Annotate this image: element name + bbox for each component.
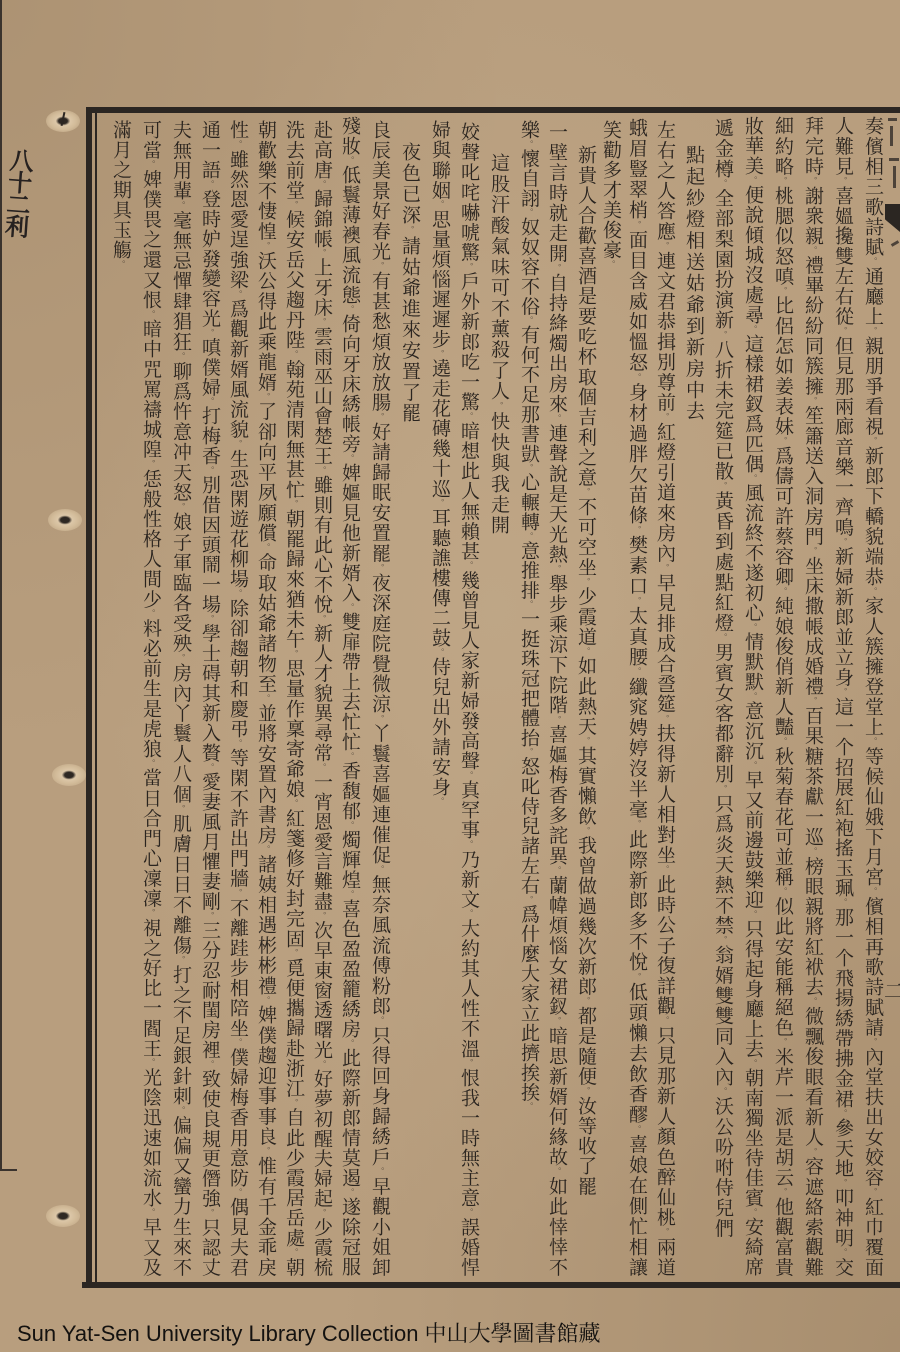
text-column: 洗去前堂。候安岳父趨丹陛。翰苑清閑無甚忙。朝罷歸來猶未午。思量作稟寄爺娘。紅箋修… <box>282 120 306 1276</box>
caption-chinese: 中山大學圖書館藏 <box>424 1321 600 1346</box>
text-column: 人難見。喜媼攙雙左右從。但見那兩廊音樂一齊鳴。新婦新郎並立身。這一个招展紅袍搖玉… <box>831 116 855 1276</box>
banxin-glyph-fragment <box>889 158 899 161</box>
text-column: 性。雖然恩愛逞強梁。爲觀新婿風流貌。生恐閑遊花柳場。除卻趨朝和慶弔。等閑不許出門… <box>226 120 250 1276</box>
page-border-left <box>86 107 92 1288</box>
text-column: 拜完時。謝衆親。禮畢紛紛同簇擁。笙簫送入洞房門。坐床撒帳成婚禮。百果糖茶獻一巡。… <box>801 116 825 1276</box>
binding-hole <box>48 509 82 531</box>
page-border-bottom <box>82 1282 900 1288</box>
binding-hole <box>46 1205 80 1227</box>
banxin-glyph-fragment <box>891 240 899 247</box>
page-border-left-inner <box>95 113 97 1282</box>
text-column: 姣聲叱咤嚇唬驚。戶外新郎吃一驚。暗想此人無賴甚。幾曾見人家新婦發高聲。真罕事。乃… <box>457 122 481 1276</box>
text-column: 遞金樽。全部梨園扮演新。八折未完筵已散。黃昏到處點紅燈。男賓女客都辭別。只爲炎天… <box>711 118 735 1237</box>
text-column: 可當。婢僕畏之還又恨。暗中咒罵禱城隍。恁般性格人間少。料必前生是虎狼。當日合門心… <box>139 120 163 1276</box>
text-column: 笑勸多才美俊豪。 <box>599 120 623 268</box>
text-column: 朝歡樂不悽惶。沃公得此乘龍婿。了卻向平夙願償。命取姑爺諸物至。並將安置內書房。諸… <box>254 120 278 1276</box>
text-column: 蛾眉豎翠梢。面目含威如慍怒。身材過胖欠苗條。樊素口。太真腰。纖窕娉婷沒半毫。此際… <box>625 118 649 1276</box>
banxin-glyph-fragment <box>893 166 896 188</box>
library-caption: Sun Yat-Sen University Library Collectio… <box>17 1321 601 1347</box>
text-column: 點起紗燈相送姑爺到新房中去 <box>682 145 706 420</box>
text-column: 滿月之期具玉觴。 <box>109 120 133 268</box>
banxin-glyph-fragment <box>890 126 893 146</box>
text-column: 夫無用輩。毫無忌憚肆猖狂。聊爲忤意冲天怒。娘子軍臨各受殃。房內丫鬟人八個。肌膚日… <box>169 120 193 1276</box>
page-border-top <box>86 107 900 113</box>
text-column: 殘妝。低鬟薄襖風流態。倚向牙床綉帳旁。婢嫗見他新婿入。雙扉帶上去忙忙。香馥郁。燭… <box>338 116 362 1276</box>
page-number: 二 <box>884 980 900 1002</box>
caption-english: Sun Yat-Sen University Library Collectio… <box>17 1321 418 1346</box>
text-column: 妝華美。便說傾城沒處尋。這樣裙釵爲匹偶。風流終不遂初心。情默默。意沉沉。早又前邊… <box>741 116 765 1276</box>
banxin-rule <box>0 1169 17 1171</box>
text-column: 一壁言時就走開。自持絳燭出房來。連聲說是天光熱。舉步乘涼下院階。喜嫗梅香多詫異。… <box>545 122 569 1276</box>
text-column: 細約略。桃腮似怒嗔。比侶怎如姜表妹。爲儔可許蔡容卿。純娘俊俏新人豔。秋菊春花可並… <box>771 116 795 1276</box>
text-column: 夜色已深。請姑爺進來安置了罷 <box>398 142 422 422</box>
text-column: 左右之人答應。連文君恭揖別尊前。紅燈引道來房內。早見排成合巹筵。扶得新人相對坐。… <box>653 120 677 1276</box>
text-column: 新貴人合歡喜酒是要吃杯取個吉利之意。不可空坐。少霞道。如此熱天。其實懶飲。我曾做… <box>574 145 598 1195</box>
handwritten-margin-note: 八十二利 <box>0 147 35 237</box>
text-column: 婦與聯姻。思量煩惱遲遲步。遶走花磚幾十巡。耳聽譙樓傳二鼓。侍兒出外請安身。 <box>428 120 452 805</box>
banxin-divider <box>0 0 2 1169</box>
banxin-glyph-fragment <box>888 118 897 121</box>
text-column: 良辰美景好春光。有甚愁煩放放腸。好請歸眠安置罷。夜深庭院覺微涼。丫鬟喜嫗連催促。… <box>368 120 392 1276</box>
text-column: 奏儐相三歌詩賦。通廳上。親朋爭看視。新郎下轎貌端恭。家人簇擁登堂上。等候仙娥下月… <box>861 116 885 1276</box>
text-column: 這股汗酸氣味可不薰殺了人。快快與我走開 <box>487 153 511 534</box>
binding-hole <box>52 764 86 786</box>
text-column: 通一語。登時妒發變容光。嗔僕婦。打梅香。別借因頭鬧一場。學士碍其新入贅。愛妻風月… <box>198 120 222 1276</box>
banxin-fishtail-mark <box>885 204 900 232</box>
text-column: 樂。懷自詡。奴奴容不俗。有何不足那書獃。心輾轉。意推排。一挺珠冠把體抬。怒叱侍兒… <box>517 120 541 1110</box>
text-column: 赴高唐。歸錦帳。上牙床。雲雨巫山會楚王。雖則有此心不悅。新人才貌異尋常。一宵恩愛… <box>310 120 334 1276</box>
